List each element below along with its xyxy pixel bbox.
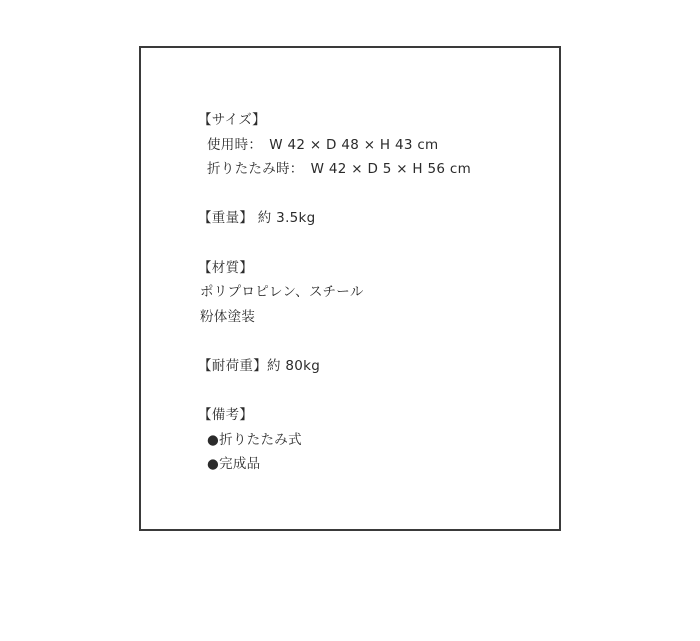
spacer bbox=[200, 329, 471, 354]
spec-content: 【サイズ】 使用時： W 42 × D 48 × H 43 cm 折りたたみ時：… bbox=[200, 108, 471, 477]
size-in-use: 使用時： W 42 × D 48 × H 43 cm bbox=[200, 133, 471, 158]
material-heading: 【材質】 bbox=[198, 256, 471, 281]
spacer bbox=[200, 379, 471, 404]
weight-line: 【重量】 約 3.5kg bbox=[198, 206, 471, 231]
load-capacity-line: 【耐荷重】約 80kg bbox=[198, 354, 471, 379]
material-line-1: ポリプロピレン、スチール bbox=[200, 280, 471, 305]
material-line-2: 粉体塗装 bbox=[200, 305, 471, 330]
spacer bbox=[200, 231, 471, 256]
size-heading: 【サイズ】 bbox=[198, 108, 471, 133]
notes-heading: 【備考】 bbox=[198, 403, 471, 428]
notes-item-foldable: ●折りたたみ式 bbox=[200, 428, 471, 453]
size-folded: 折りたたみ時： W 42 × D 5 × H 56 cm bbox=[200, 157, 471, 182]
notes-item-assembled: ●完成品 bbox=[200, 452, 471, 477]
product-spec-box: 【サイズ】 使用時： W 42 × D 48 × H 43 cm 折りたたみ時：… bbox=[139, 46, 561, 531]
spacer bbox=[200, 182, 471, 207]
